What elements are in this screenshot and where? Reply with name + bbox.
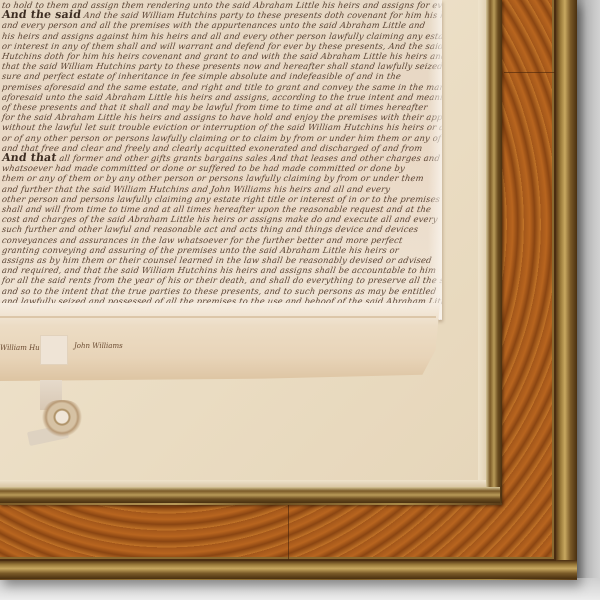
text-line: and so to the intent that the true parti… <box>1 286 442 296</box>
mount-bevel-bottom <box>0 480 486 487</box>
backdrop-shadow-right <box>577 0 600 600</box>
parchment-document: to hold to them and assign them renderin… <box>0 0 442 320</box>
veneer-seam-horizontal-panel <box>288 505 289 560</box>
text-line: shall and will from time to time and at … <box>1 204 442 214</box>
text-line: and required, and that the said William … <box>1 265 442 275</box>
text-line: them or any of them or by any other pers… <box>1 173 442 183</box>
text-line: sure and perfect estate of inheritance i… <box>1 71 442 81</box>
text-line: such further and other lawful and reason… <box>1 224 442 234</box>
handwritten-text: to hold to them and assign them renderin… <box>0 0 442 320</box>
text-line: other person and persons lawfully claimi… <box>1 194 442 204</box>
inner-gilt-slip-bottom <box>0 487 500 503</box>
text-line: his heirs and assigns against him his he… <box>1 31 442 41</box>
text-line: without the lawful let suit trouble evic… <box>1 122 442 132</box>
text-line: or interest in any of them shall and wil… <box>1 41 442 51</box>
text-line: for all the said rents from the year of … <box>1 275 442 285</box>
picture-frame: to hold to them and assign them renderin… <box>0 0 577 580</box>
text-line: of these presents and that it shall and … <box>1 102 442 112</box>
outer-gilt-moulding-right <box>555 0 577 579</box>
text-line: conveyances and assurances in the law wh… <box>1 235 442 245</box>
text-line: and every person and all the premises wi… <box>1 20 442 30</box>
parchment-right-edge <box>428 0 442 320</box>
text-line: aforesaid unto the said Abraham Little h… <box>1 92 442 102</box>
text-line: that the said William Hutchins party to … <box>1 61 442 71</box>
wax-seal-icon <box>40 400 84 438</box>
text-line: Hutchins doth for him his heirs covenant… <box>1 51 442 61</box>
backdrop-shadow-bottom <box>0 578 600 600</box>
cream-mount: to hold to them and assign them renderin… <box>0 0 486 487</box>
text-line: whatsoever had made committed or done or… <box>1 163 442 173</box>
text-line: granting conveying and assuring of the p… <box>1 245 442 255</box>
text-line: And the said And the said William Hutchi… <box>1 10 442 20</box>
signature-john: John Williams <box>74 342 123 350</box>
mount-bevel-right <box>478 0 486 487</box>
text-line: cost and charges of the said Abraham Lit… <box>1 214 442 224</box>
text-line: for the said Abraham Little his heirs an… <box>1 112 442 122</box>
text-line: And that all former and other gifts gran… <box>1 153 442 163</box>
inner-gilt-slip-right <box>486 0 502 503</box>
text-line: premises aforesaid and the same estate, … <box>1 82 442 92</box>
veneer-seam-vertical-panel <box>504 72 555 73</box>
text-line: and that free and clear and freely and c… <box>1 143 442 153</box>
text-line: and further that the said William Hutchi… <box>1 184 442 194</box>
seal-slit-patch <box>40 335 68 365</box>
text-line: assigns as by him them or their counsel … <box>1 255 442 265</box>
text-line: or of any other person or persons lawful… <box>1 133 442 143</box>
outer-gilt-moulding-bottom <box>0 560 577 579</box>
flap-fold-line <box>0 316 436 318</box>
